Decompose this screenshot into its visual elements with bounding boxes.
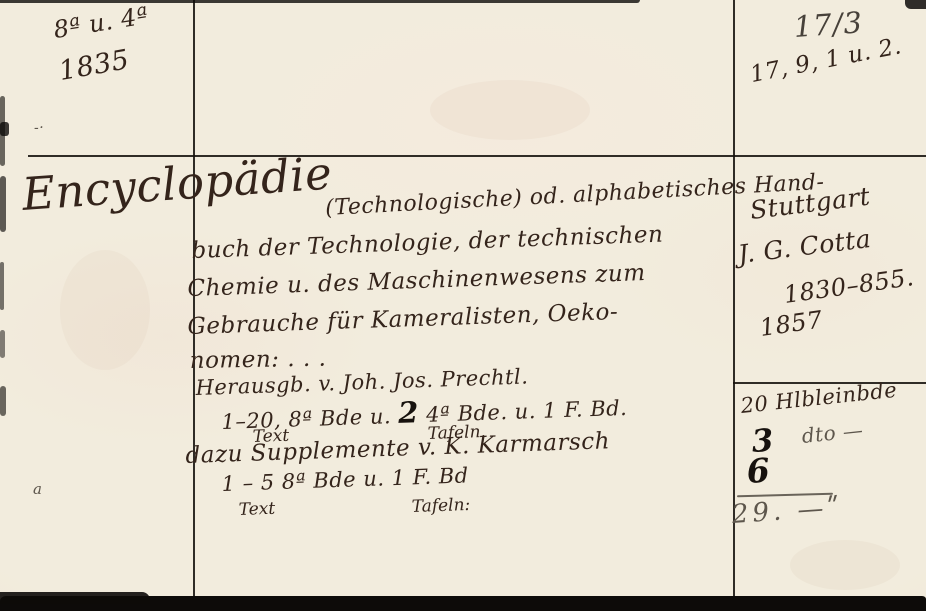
card-edge-top: [0, 0, 640, 3]
catalog-card: 8ª u. 4ª 1835 17/3 17, 9, 1 u. 2. Encycl…: [0, 0, 926, 611]
card-edge-left-6: [0, 386, 6, 416]
entry-title-line: nomen: . . .: [190, 346, 327, 374]
stain: [790, 540, 900, 590]
collation-supplement: 1 – 5 8ª Bde u. 1 F. Bd: [221, 463, 469, 496]
holdings-total: 29. —ʺ: [731, 492, 844, 530]
shelfmark-pencil: 17/3: [793, 5, 864, 44]
format-note: 8ª u. 4ª: [52, 1, 151, 44]
card-edge-left-3: [0, 176, 6, 232]
entry-title-line: Chemie u. des Maschinenwesens zum: [187, 260, 646, 302]
margin-mark-top: -·: [34, 120, 44, 136]
collation-main-pre: 1–20, 8ª Bde u.: [221, 404, 391, 434]
stain: [60, 250, 150, 370]
stain: [430, 80, 590, 140]
card-edge-left-4: [0, 262, 4, 310]
accession-year: 1835: [57, 44, 132, 87]
card-edge-bottom-left: [0, 592, 150, 604]
collation-main-quarto-count: 2: [398, 395, 420, 430]
card-edge-left-2: [0, 122, 9, 136]
collation-supplement-sub-text: Text: [238, 499, 275, 520]
entry-title-line: Gebrauche für Kameralisten, Oeko-: [187, 299, 618, 340]
card-edge-left-5: [0, 330, 5, 358]
imprint-dates: 1830–855.: [782, 263, 916, 309]
rule-horizontal-header: [28, 155, 926, 157]
holdings-ditto: dto —: [800, 418, 864, 448]
imprint-publisher: J. G. Cotta: [736, 224, 872, 269]
card-edge-top-right: [905, 0, 926, 9]
imprint-dates-supplement: 1857: [758, 305, 824, 342]
holdings-count-3: 6: [745, 450, 771, 491]
collation-supplement-sub-plates: Tafeln:: [411, 495, 470, 517]
margin-mark-bottom: a: [33, 480, 42, 498]
entry-heading: Encyclopädie: [20, 146, 334, 221]
entry-title-line: buch der Technologie, der technischen: [191, 222, 664, 264]
